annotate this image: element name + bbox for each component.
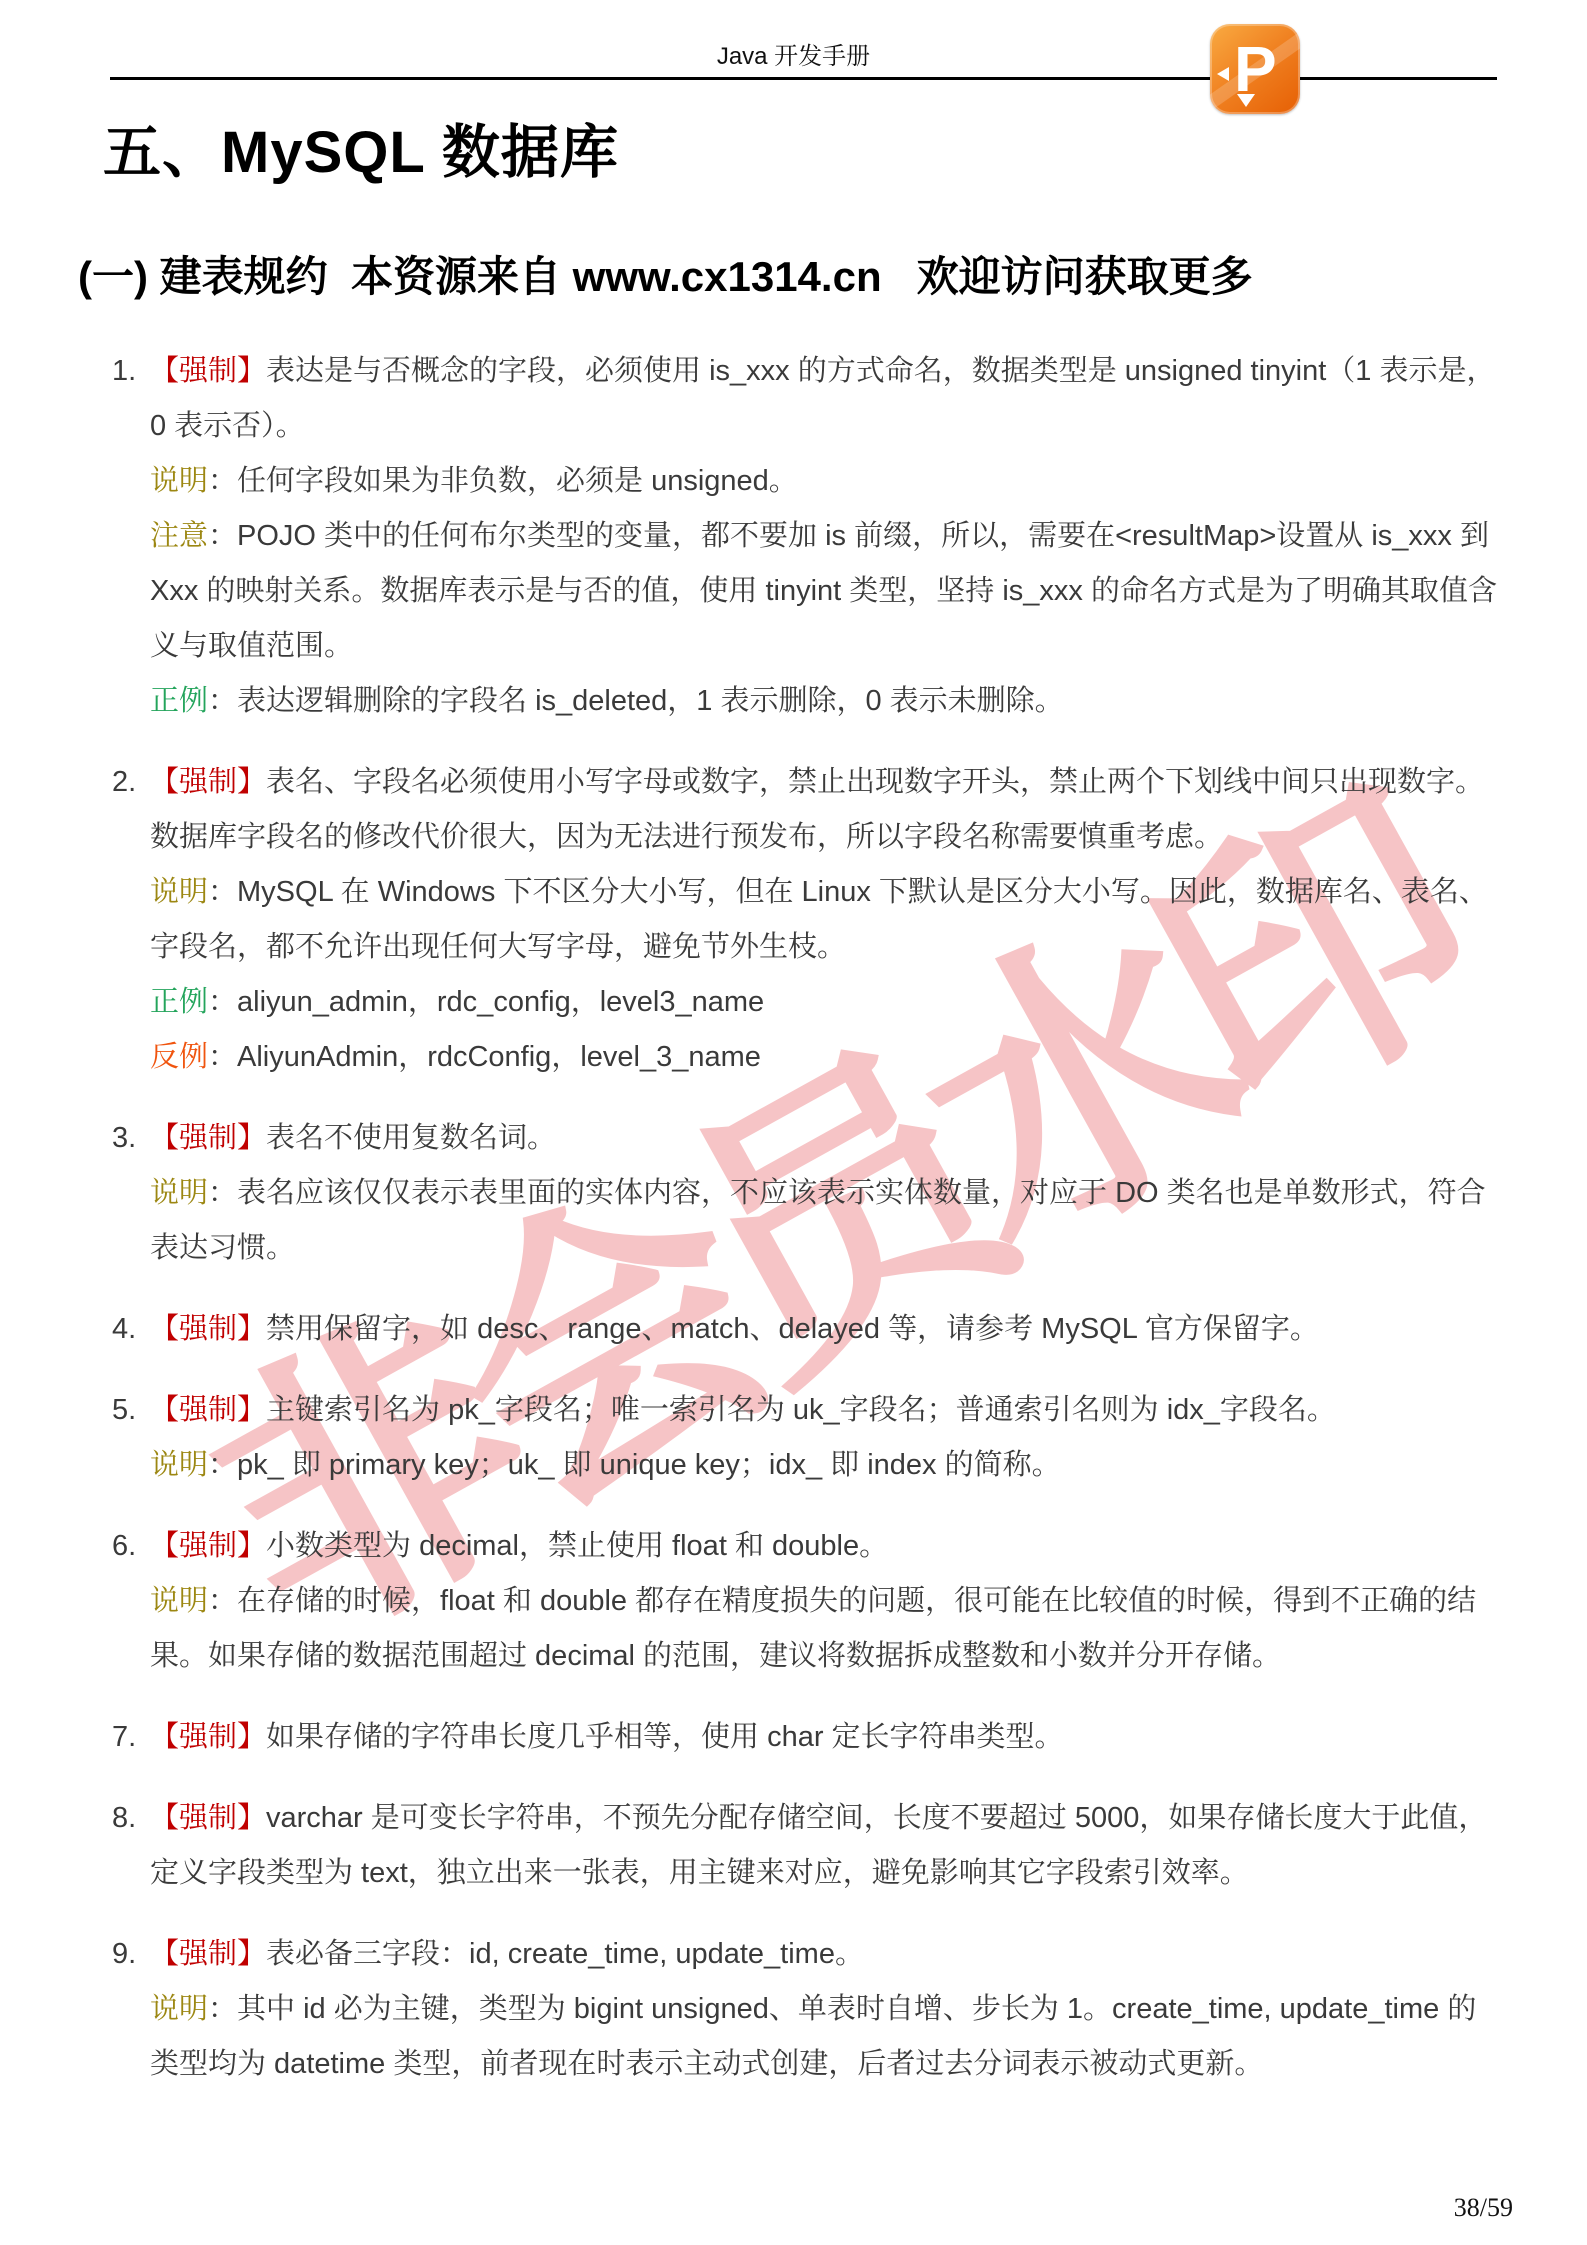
rule-number: 9. — [112, 1927, 150, 2092]
rule-body: 【强制】表必备三字段：id, create_time, update_time。… — [150, 1927, 1503, 2092]
rule-item: 6.【强制】小数类型为 decimal，禁止使用 float 和 double。… — [112, 1519, 1503, 1684]
note-label: 说明 — [150, 1177, 208, 1209]
note-note: 注意：POJO 类中的任何布尔类型的变量，都不要加 is 前缀，所以，需要在<r… — [150, 509, 1503, 674]
rule-number: 8. — [112, 1791, 150, 1901]
note-negative: 反例：AliyunAdmin，rdcConfig，level_3_name — [150, 1030, 1503, 1085]
document-page: 非会员水印 Java 开发手册 P 五、MySQL 数据库 (一) 建表规约 本… — [0, 0, 1587, 2245]
severity-tag: 【强制】 — [150, 1122, 266, 1154]
section-heading: (一) 建表规约 本资源来自 www.cx1314.cn 欢迎访问获取更多 — [78, 250, 1587, 304]
note-label: 说明 — [150, 1585, 208, 1617]
rule-text: 【强制】主键索引名为 pk_字段名；唯一索引名为 uk_字段名；普通索引名则为 … — [150, 1383, 1503, 1438]
rule-list: 1.【强制】表达是与否概念的字段，必须使用 is_xxx 的方式命名，数据类型是… — [112, 344, 1503, 2092]
severity-tag: 【强制】 — [150, 355, 266, 387]
rule-number: 1. — [112, 344, 150, 729]
rule-text: 【强制】表必备三字段：id, create_time, update_time。 — [150, 1927, 1503, 1982]
rule-number: 4. — [112, 1302, 150, 1357]
pdf-editor-logo-icon: P — [1210, 24, 1300, 114]
note-note: 说明：表名应该仅仅表示表里面的实体内容，不应该表示实体数量，对应于 DO 类名也… — [150, 1166, 1503, 1276]
severity-tag: 【强制】 — [150, 1394, 266, 1426]
note-label: 反例 — [150, 1041, 208, 1073]
rule-item: 5.【强制】主键索引名为 pk_字段名；唯一索引名为 uk_字段名；普通索引名则… — [112, 1383, 1503, 1493]
note-label: 说明 — [150, 876, 208, 908]
rule-item: 2.【强制】表名、字段名必须使用小写字母或数字，禁止出现数字开头，禁止两个下划线… — [112, 755, 1503, 1085]
rule-text: 【强制】如果存储的字符串长度几乎相等，使用 char 定长字符串类型。 — [150, 1710, 1503, 1765]
severity-tag: 【强制】 — [150, 1721, 266, 1753]
rule-body: 【强制】禁用保留字，如 desc、range、match、delayed 等，请… — [150, 1302, 1503, 1357]
note-label: 说明 — [150, 465, 208, 497]
rule-item: 8.【强制】varchar 是可变长字符串，不预先分配存储空间，长度不要超过 5… — [112, 1791, 1503, 1901]
rule-text: 【强制】表达是与否概念的字段，必须使用 is_xxx 的方式命名，数据类型是 u… — [150, 344, 1503, 454]
note-label: 说明 — [150, 1449, 208, 1481]
rule-number: 7. — [112, 1710, 150, 1765]
rule-body: 【强制】表名不使用复数名词。说明：表名应该仅仅表示表里面的实体内容，不应该表示实… — [150, 1111, 1503, 1276]
rule-number: 2. — [112, 755, 150, 1085]
rule-text: 【强制】禁用保留字，如 desc、range、match、delayed 等，请… — [150, 1302, 1503, 1357]
rule-text: 【强制】varchar 是可变长字符串，不预先分配存储空间，长度不要超过 500… — [150, 1791, 1503, 1901]
rule-item: 9.【强制】表必备三字段：id, create_time, update_tim… — [112, 1927, 1503, 2092]
rule-text: 【强制】表名、字段名必须使用小写字母或数字，禁止出现数字开头，禁止两个下划线中间… — [150, 755, 1503, 865]
rule-number: 6. — [112, 1519, 150, 1684]
note-note: 说明：MySQL 在 Windows 下不区分大小写，但在 Linux 下默认是… — [150, 865, 1503, 975]
rule-body: 【强制】如果存储的字符串长度几乎相等，使用 char 定长字符串类型。 — [150, 1710, 1503, 1765]
rule-item: 3.【强制】表名不使用复数名词。说明：表名应该仅仅表示表里面的实体内容，不应该表… — [112, 1111, 1503, 1276]
rule-body: 【强制】小数类型为 decimal，禁止使用 float 和 double。说明… — [150, 1519, 1503, 1684]
page-number: 38/59 — [1454, 2193, 1513, 2223]
rule-number: 5. — [112, 1383, 150, 1493]
note-label: 说明 — [150, 1993, 208, 2025]
rule-text: 【强制】小数类型为 decimal，禁止使用 float 和 double。 — [150, 1519, 1503, 1574]
note-label: 正例 — [150, 685, 208, 717]
note-label: 正例 — [150, 986, 208, 1018]
rule-item: 1.【强制】表达是与否概念的字段，必须使用 is_xxx 的方式命名，数据类型是… — [112, 344, 1503, 729]
note-note: 说明：在存储的时候，float 和 double 都存在精度损失的问题，很可能在… — [150, 1574, 1503, 1684]
note-positive: 正例：表达逻辑删除的字段名 is_deleted，1 表示删除，0 表示未删除。 — [150, 674, 1503, 729]
note-note: 说明：任何字段如果为非负数，必须是 unsigned。 — [150, 454, 1503, 509]
rule-item: 7.【强制】如果存储的字符串长度几乎相等，使用 char 定长字符串类型。 — [112, 1710, 1503, 1765]
severity-tag: 【强制】 — [150, 1938, 266, 1970]
pencil-tip-down-icon — [1237, 94, 1255, 107]
rule-text: 【强制】表名不使用复数名词。 — [150, 1111, 1503, 1166]
note-note: 说明：其中 id 必为主键，类型为 bigint unsigned、单表时自增、… — [150, 1982, 1503, 2092]
rule-number: 3. — [112, 1111, 150, 1276]
note-label: 注意 — [150, 520, 208, 552]
severity-tag: 【强制】 — [150, 1530, 266, 1562]
rule-body: 【强制】表达是与否概念的字段，必须使用 is_xxx 的方式命名，数据类型是 u… — [150, 344, 1503, 729]
pencil-tip-left-icon — [1217, 67, 1229, 81]
rule-item: 4.【强制】禁用保留字，如 desc、range、match、delayed 等… — [112, 1302, 1503, 1357]
severity-tag: 【强制】 — [150, 1802, 266, 1834]
page-title: 五、MySQL 数据库 — [103, 118, 1587, 188]
severity-tag: 【强制】 — [150, 766, 266, 798]
rule-body: 【强制】varchar 是可变长字符串，不预先分配存储空间，长度不要超过 500… — [150, 1791, 1503, 1901]
rule-body: 【强制】主键索引名为 pk_字段名；唯一索引名为 uk_字段名；普通索引名则为 … — [150, 1383, 1503, 1493]
severity-tag: 【强制】 — [150, 1313, 266, 1345]
note-positive: 正例：aliyun_admin，rdc_config，level3_name — [150, 975, 1503, 1030]
rule-body: 【强制】表名、字段名必须使用小写字母或数字，禁止出现数字开头，禁止两个下划线中间… — [150, 755, 1503, 1085]
note-note: 说明：pk_ 即 primary key；uk_ 即 unique key；id… — [150, 1438, 1503, 1493]
page-content: 五、MySQL 数据库 (一) 建表规约 本资源来自 www.cx1314.cn… — [0, 0, 1587, 2245]
